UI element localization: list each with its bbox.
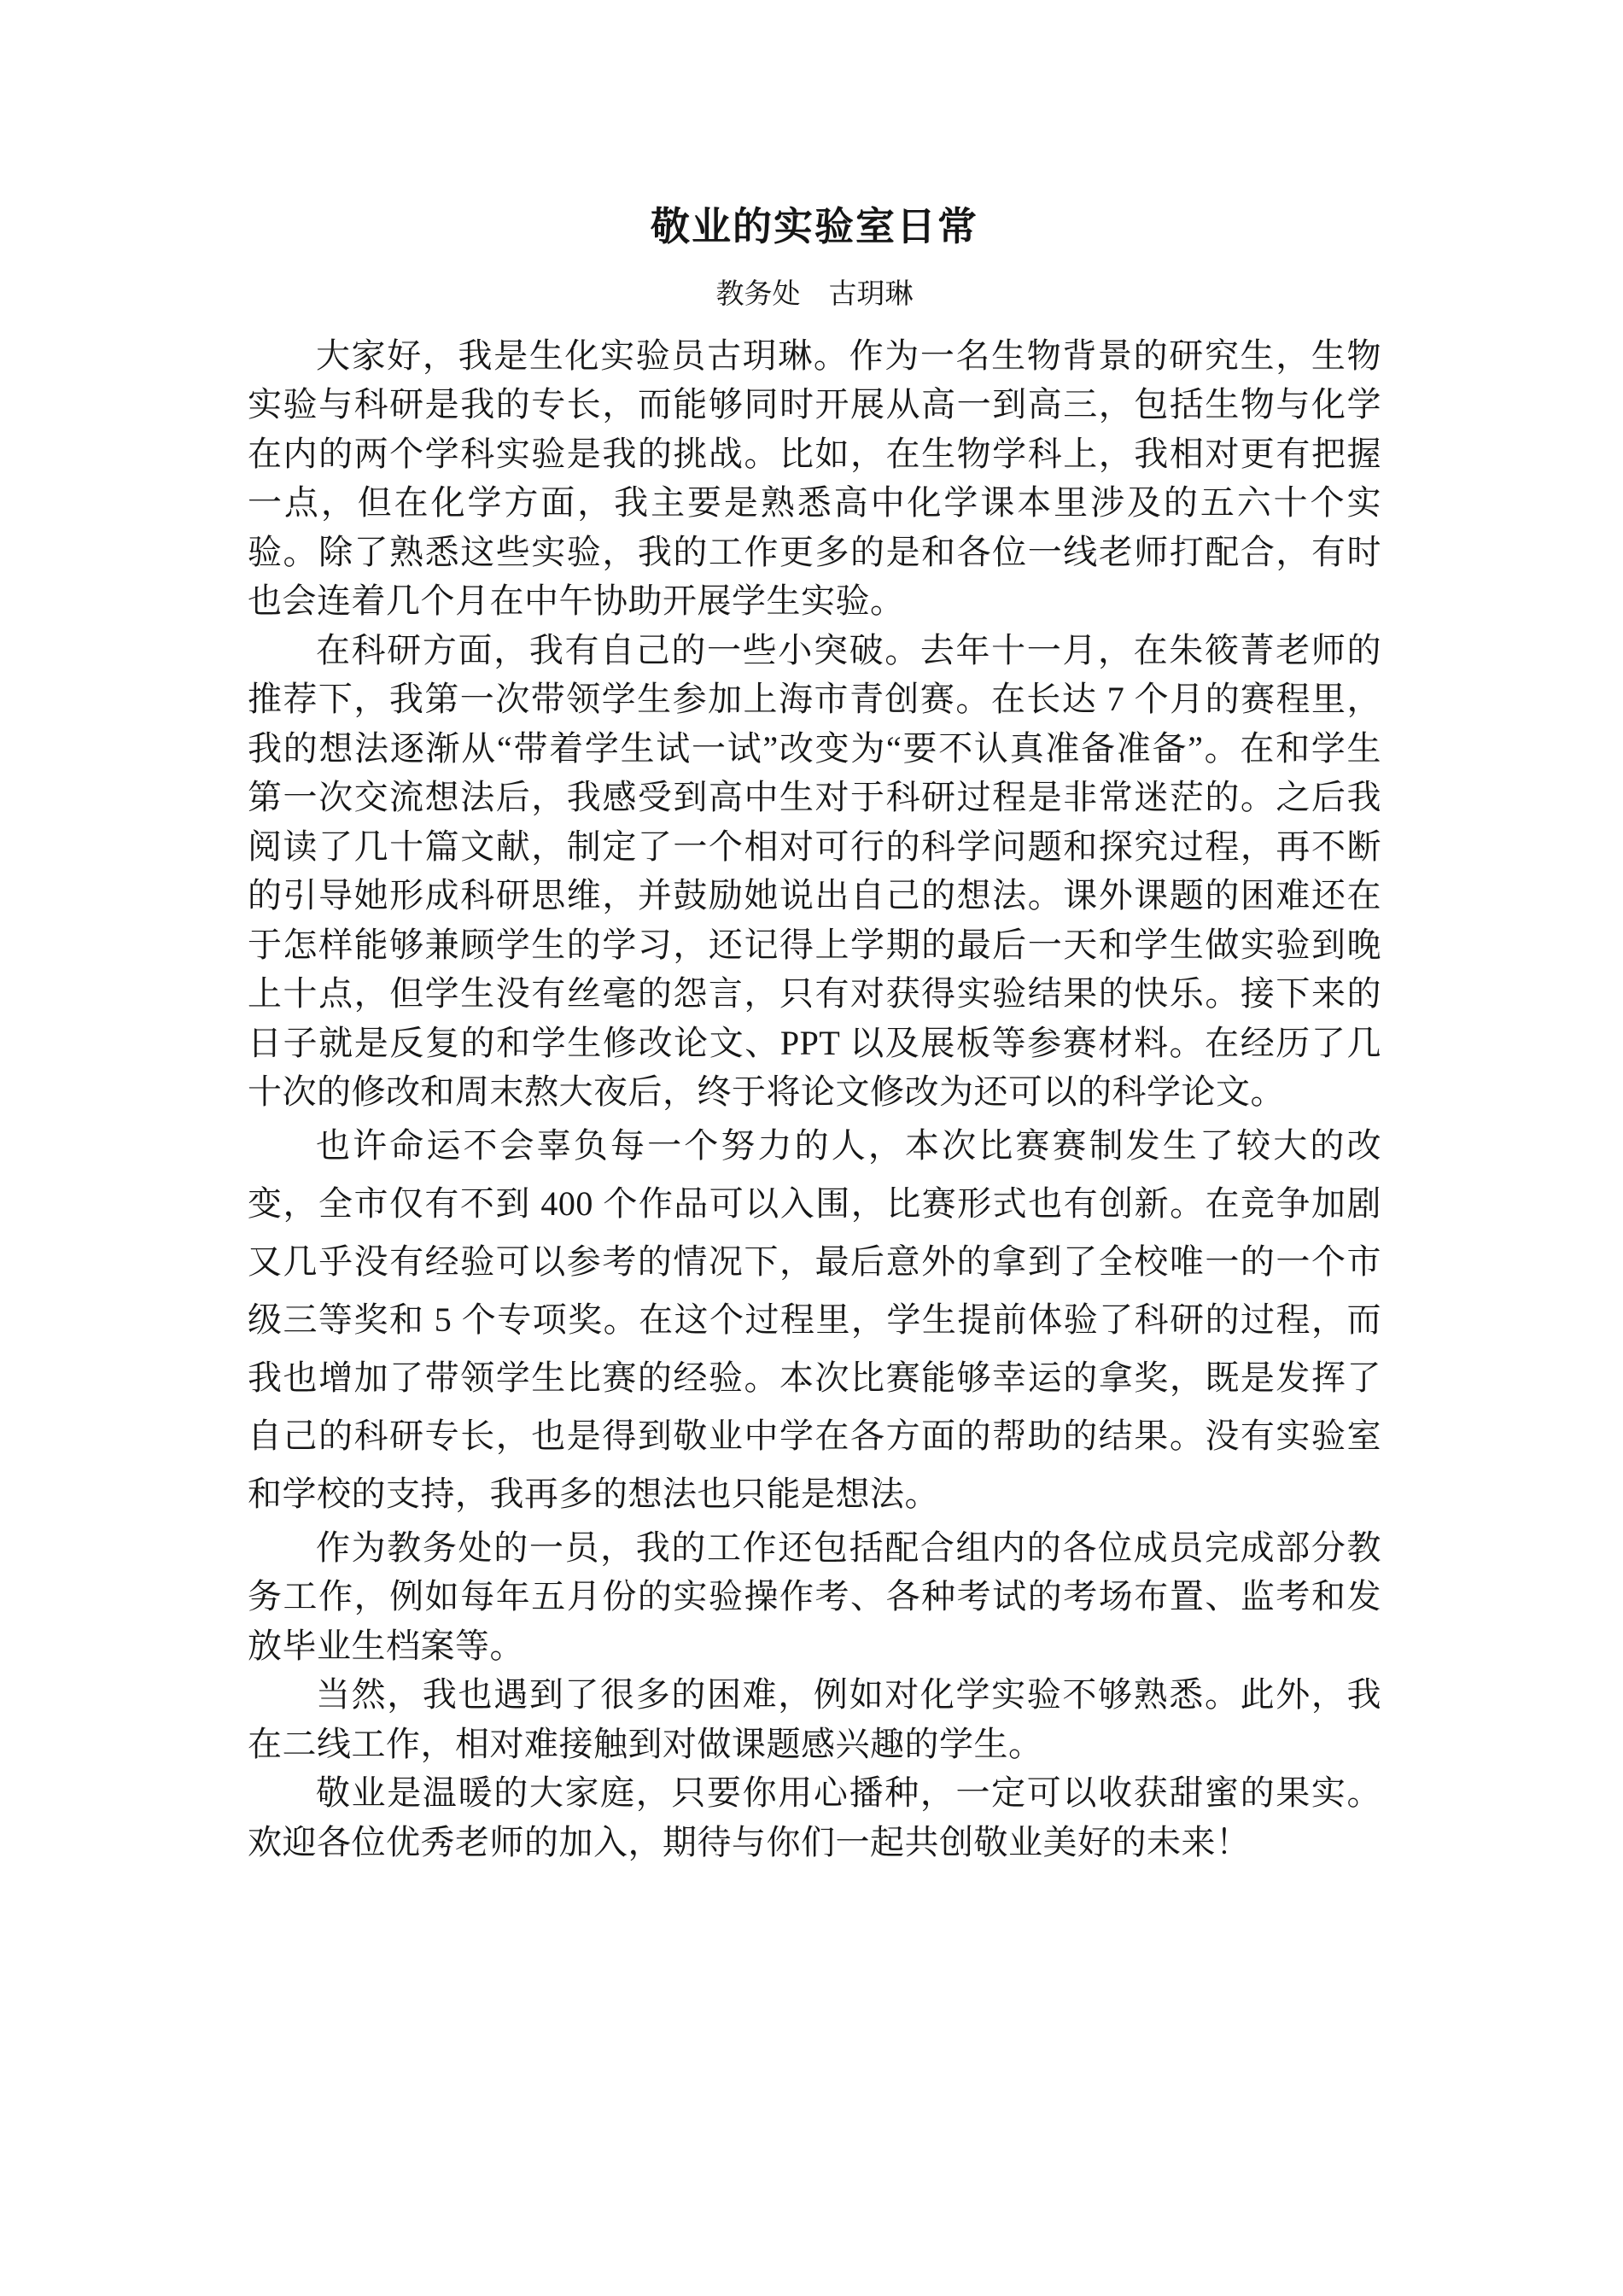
paragraph: 作为教务处的一员，我的工作还包括配合组内的各位成员完成部分教务工作，例如每年五月… <box>248 1523 1381 1671</box>
document-byline: 教务处古玥琳 <box>248 276 1381 314</box>
document-body: 大家好，我是生化实验员古玥琳。作为一名生物背景的研究生，生物实验与科研是我的专长… <box>248 331 1381 1867</box>
byline-department: 教务处 <box>716 279 801 310</box>
byline-author: 古玥琳 <box>829 279 914 310</box>
document-title: 敬业的实验室日常 <box>248 203 1381 250</box>
paragraph: 大家好，我是生化实验员古玥琳。作为一名生物背景的研究生，生物实验与科研是我的专长… <box>248 331 1381 626</box>
paragraph: 在科研方面，我有自己的一些小突破。去年十一月，在朱筱菁老师的推荐下，我第一次带领… <box>248 626 1381 1117</box>
paragraph: 当然，我也遇到了很多的困难，例如对化学实验不够熟悉。此外，我在二线工作，相对难接… <box>248 1670 1381 1768</box>
document-page: 敬业的实验室日常 教务处古玥琳 大家好，我是生化实验员古玥琳。作为一名生物背景的… <box>0 0 1623 2296</box>
paragraph: 也许命运不会辜负每一个努力的人，本次比赛赛制发生了较大的改变，全市仅有不到 40… <box>248 1117 1381 1523</box>
paragraph: 敬业是温暖的大家庭，只要你用心播种，一定可以收获甜蜜的果实。欢迎各位优秀老师的加… <box>248 1768 1381 1867</box>
